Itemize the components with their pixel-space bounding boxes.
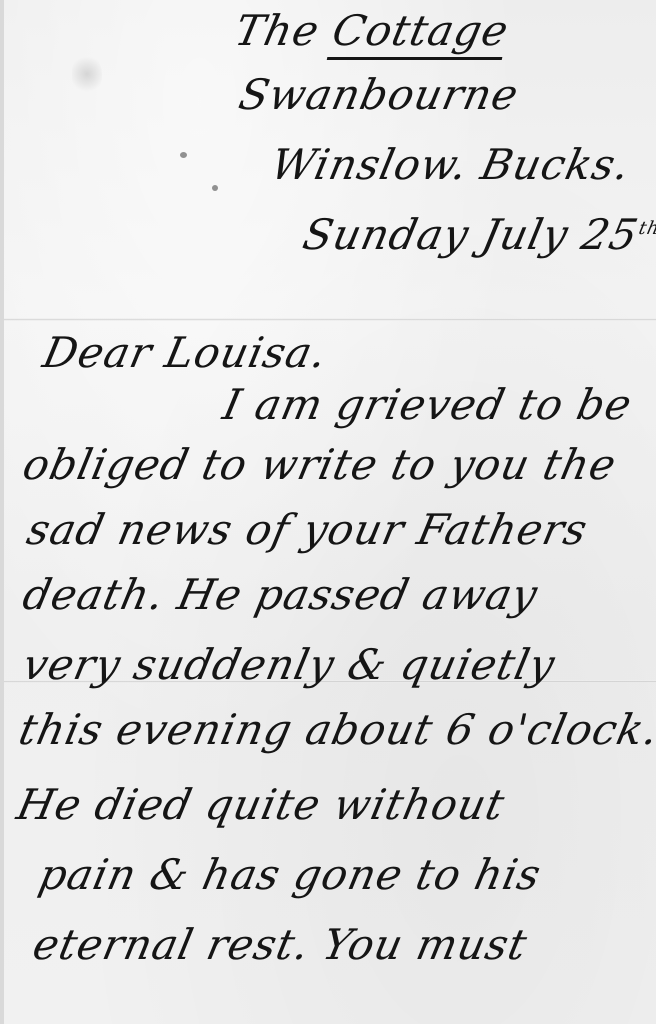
- letter-date: Sunday July 25th: [299, 210, 656, 259]
- header-text: The: [231, 6, 324, 55]
- body-line: I am grieved to be: [219, 380, 637, 429]
- date-text: Sunday July 25: [299, 210, 643, 259]
- date-suffix: th: [637, 218, 656, 239]
- letter-header-line-1: The Cottage: [231, 6, 514, 55]
- letter-header-line-2: Swanbourne: [235, 70, 523, 119]
- header-cottage-underlined: Cottage: [327, 6, 513, 60]
- embossed-crest: [72, 54, 102, 94]
- salutation: Dear Louisa.: [39, 328, 332, 377]
- paper-fold-line: [4, 318, 656, 321]
- body-line: very suddenly & quietly: [19, 640, 560, 689]
- body-line: obliged to write to you the: [19, 440, 621, 489]
- letter-page: The Cottage Swanbourne Winslow. Bucks. S…: [0, 0, 656, 1024]
- body-line: He died quite without: [13, 780, 510, 829]
- ink-spot: [212, 185, 218, 191]
- ink-spot: [180, 152, 187, 158]
- body-line: eternal rest. You must: [29, 920, 532, 969]
- body-line: sad news of your Fathers: [23, 505, 592, 554]
- body-line: pain & has gone to his: [35, 850, 546, 899]
- body-line: this evening about 6 o'clock.: [15, 705, 656, 754]
- body-line: death. He passed away: [19, 570, 543, 619]
- letter-header-line-3: Winslow. Bucks.: [267, 140, 635, 189]
